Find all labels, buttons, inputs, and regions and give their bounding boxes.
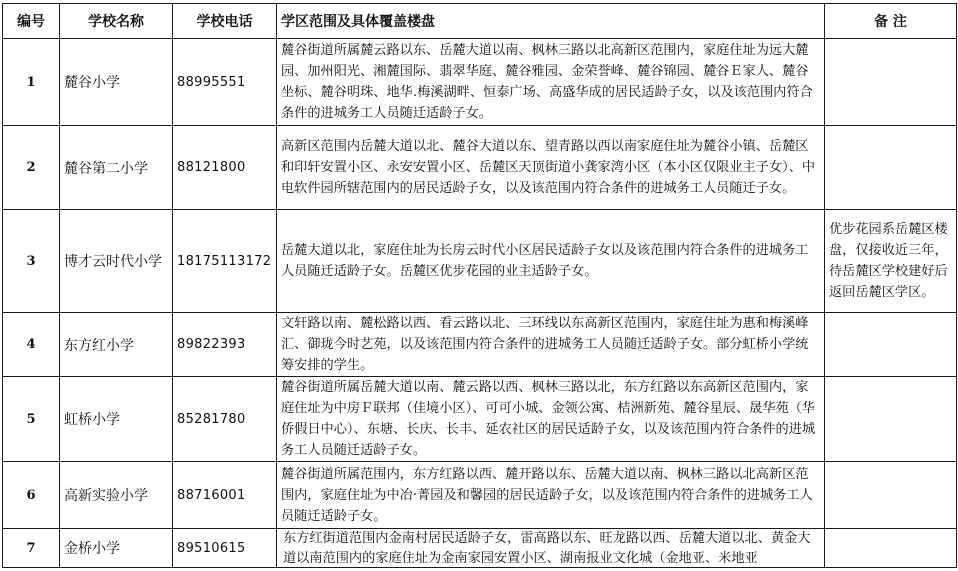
school-name: 高新实验小学 [60, 462, 173, 529]
header-row: 编号 学校名称 学校电话 学区范围及具体覆盖楼盘 备 注 [3, 4, 957, 39]
table-row: 4 东方红小学 89822393 文轩路以南、麓松路以西、看云路以北、三环线以东… [3, 313, 957, 377]
remarks: 优步花园系岳麓区楼盘，仅接收近三年，待岳麓区学校建好后返回岳麓区学区。 [825, 210, 957, 313]
row-number: 4 [3, 313, 60, 377]
remarks [825, 126, 957, 210]
school-name: 虹桥小学 [60, 377, 173, 462]
remarks [825, 313, 957, 377]
header-school-phone: 学校电话 [173, 4, 277, 39]
district-scope: 麓谷街道所属岳麓大道以南、麓云路以西、枫林三路以北，东方红路以东高新区范围内，家… [277, 377, 825, 462]
row-number: 1 [3, 39, 60, 126]
row-number: 3 [3, 210, 60, 313]
table-row: 3 博才云时代小学 18175113172 岳麓大道以北，家庭住址为长房云时代小… [3, 210, 957, 313]
district-scope: 高新区范围内岳麓大道以北、麓谷大道以东、望青路以西以南家庭住址为麓谷小镇、岳麓区… [277, 126, 825, 210]
district-scope: 东方红街道范围内金南村居民适龄子女，雷高路以东、旺龙路以西、岳麓大道以北、黄金大… [277, 529, 825, 568]
header-remarks: 备 注 [825, 4, 957, 39]
table-row: 7 金桥小学 89510615 东方红街道范围内金南村居民适龄子女，雷高路以东、… [3, 529, 957, 568]
table-row: 6 高新实验小学 88716001 麓谷街道所属范围内，东方红路以西、麓开路以东… [3, 462, 957, 529]
table-row: 5 虹桥小学 85281780 麓谷街道所属岳麓大道以南、麓云路以西、枫林三路以… [3, 377, 957, 462]
remarks [825, 39, 957, 126]
header-number: 编号 [3, 4, 60, 39]
district-scope: 麓谷街道所属范围内，东方红路以西、麓开路以东、岳麓大道以南、枫林三路以北高新区范… [277, 462, 825, 529]
school-phone: 89510615 [173, 529, 277, 568]
school-name: 麓谷第二小学 [60, 126, 173, 210]
header-school-name: 学校名称 [60, 4, 173, 39]
remarks [825, 377, 957, 462]
school-name: 博才云时代小学 [60, 210, 173, 313]
remarks [825, 529, 957, 568]
header-scope: 学区范围及具体覆盖楼盘 [277, 4, 825, 39]
school-phone: 88995551 [173, 39, 277, 126]
table-row: 2 麓谷第二小学 88121800 高新区范围内岳麓大道以北、麓谷大道以东、望青… [3, 126, 957, 210]
school-phone: 88716001 [173, 462, 277, 529]
table-row: 1 麓谷小学 88995551 麓谷街道所属麓云路以东、岳麓大道以南、枫林三路以… [3, 39, 957, 126]
district-scope: 麓谷街道所属麓云路以东、岳麓大道以南、枫林三路以北高新区范围内，家庭住址为远大麓… [277, 39, 825, 126]
school-phone: 88121800 [173, 126, 277, 210]
school-name: 金桥小学 [60, 529, 173, 568]
row-number: 7 [3, 529, 60, 568]
school-district-table: 编号 学校名称 学校电话 学区范围及具体覆盖楼盘 备 注 1 麓谷小学 8899… [2, 3, 957, 568]
school-phone: 89822393 [173, 313, 277, 377]
row-number: 2 [3, 126, 60, 210]
row-number: 5 [3, 377, 60, 462]
district-scope-text: 东方红街道范围内金南村居民适龄子女，雷高路以东、旺龙路以西、岳麓大道以北、黄金大… [283, 529, 819, 567]
district-scope: 岳麓大道以北，家庭住址为长房云时代小区居民适龄子女以及该范围内符合条件的进城务工… [277, 210, 825, 313]
row-number: 6 [3, 462, 60, 529]
school-name: 麓谷小学 [60, 39, 173, 126]
school-name: 东方红小学 [60, 313, 173, 377]
school-phone: 18175113172 [173, 210, 277, 313]
remarks [825, 462, 957, 529]
district-scope: 文轩路以南、麓松路以西、看云路以北、三环线以东高新区范围内，家庭住址为惠和梅溪峰… [277, 313, 825, 377]
school-phone: 85281780 [173, 377, 277, 462]
